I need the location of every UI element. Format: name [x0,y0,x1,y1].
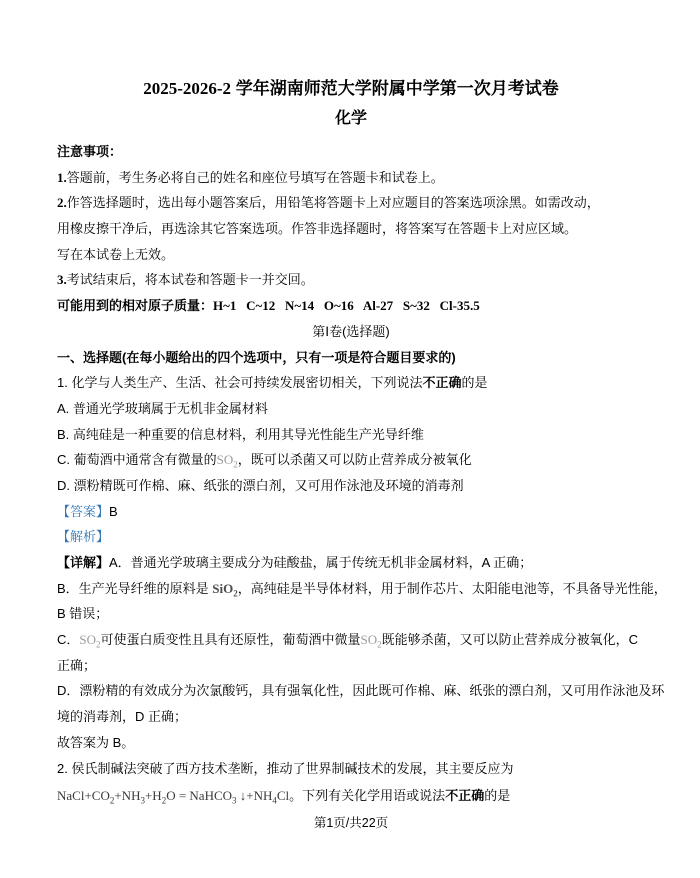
q1-detail-c-cont: 正确； [57,653,645,679]
exam-body: 注意事项： 1.答题前，考生务必将自己的姓名和座位号填写在答题卡和试卷上。 2.… [57,139,645,836]
q1-option-c: C. 葡萄酒中通常含有微量的SO2，既可以杀菌又可以防止营养成分被氧化 [57,447,645,473]
atomic-masses-line: 可能用到的相对原子质量：H~1 C~12 N~14 O~16 Al-27 S~3… [57,293,645,319]
q1-detail-c-text-3: 既能够杀菌，又可以防止营养成分被氧化，C [382,632,638,647]
q1-option-c-tail: ，既可以杀菌又可以防止营养成分被氧化 [238,452,472,467]
q1-option-c-text: C. 葡萄酒中通常含有微量的 [57,452,217,467]
notice-item-1: 1.答题前，考生务必将自己的姓名和座位号填写在答题卡和试卷上。 [57,165,645,191]
q1-detail-b-tail: ，高纯硅是半导体材料，用于制作芯片、太阳能电池等，不具备导光性能， [238,581,667,596]
exam-title-year: 2025-2026-2 [143,79,231,98]
q1-option-d: D. 漂粉精既可作棉、麻、纸张的漂白剂，又可用作泳池及环境的消毒剂 [57,473,645,499]
notice-item-2-number: 2. [57,195,67,210]
q1-detail-b: B．生产光导纤维的原料是 SiO2，高纯硅是半导体材料，用于制作芯片、太阳能电池… [57,576,645,602]
atomic-masses-values: H~1 C~12 N~14 O~16 Al-27 S~32 Cl-35.5 [213,298,480,313]
houshi-process-equation: NaCl+CO2+NH3+H2O = NaHCO3 ↓+NH4Cl [57,788,289,803]
q1-answer-line: 【答案】B [57,499,645,525]
q1-stem-tail: 的是 [461,375,487,390]
volume-heading: 第Ⅰ卷(选择题) [57,319,645,345]
q1-detail-c: C．SO2可使蛋白质变性且具有还原性，葡萄酒中微量SO2既能够杀菌，又可以防止营… [57,627,645,653]
answer-value: B [109,504,118,519]
q1-detail-a: 【详解】A．普通光学玻璃主要成分为硅酸盐，属于传统无机非金属材料，A 正确； [57,550,645,576]
q1-detail-d-cont: 境的消毒剂，D 正确； [57,704,645,730]
notice-item-2-line-1: 2.作答选择题时，选出每小题答案后，用铅笔将答题卡上对应题目的答案选项涂黑。如需… [57,190,645,216]
q2-equation-line: NaCl+CO2+NH3+H2O = NaHCO3 ↓+NH4Cl。下列有关化学… [57,781,645,811]
section-heading: 一、选择题(在每小题给出的四个选项中，只有一项是符合题目要求的) [57,345,645,371]
q1-stem-emphasis: 不正确 [422,375,461,390]
q1-detail-c-text-1: C． [57,632,79,647]
so2-formula: SO2 [217,452,238,467]
q1-detail-a-text: A．普通光学玻璃主要成分为硅酸盐，属于传统无机非金属材料，A 正确； [109,555,532,570]
exam-subject: 化学 [57,108,645,130]
q1-detail-c-text-2: 可使蛋白质变性且具有还原性，葡萄酒中微量 [101,632,361,647]
page-content: 2025-2026-2 学年湖南师范大学附属中学第一次月考试卷 化学 注意事项：… [0,0,700,836]
q1-option-b: B. 高纯硅是一种重要的信息材料，利用其导光性能生产光导纤维 [57,422,645,448]
q1-option-a: A. 普通光学玻璃属于无机非金属材料 [57,396,645,422]
exam-title-text: 学年湖南师范大学附属中学第一次月考试卷 [231,79,559,98]
answer-label: 【答案】 [57,504,109,519]
notice-item-2-line-3: 写在本试卷上无效。 [57,242,645,268]
q2-stem: 2. 侯氏制碱法突破了西方技术垄断，推动了世界制碱技术的发展，其主要反应为 [57,756,645,782]
notice-item-2-text-1: 作答选择题时，选出每小题答案后，用铅笔将答题卡上对应题目的答案选项涂黑。如需改动… [67,195,600,210]
q1-detail-b-cont: B 错误； [57,601,645,627]
notice-item-3-number: 3. [57,272,67,287]
page-footer: 第1页/共22页 [57,811,645,836]
q1-conclusion: 故答案为 B。 [57,730,645,756]
so2-formula: SO2 [79,632,100,647]
q1-detail-b-text: B．生产光导纤维的原料是 [57,581,212,596]
notice-item-2-line-2: 用橡皮擦干净后，再选涂其它答案选项。作答非选择题时，将答案写在答题卡上对应区域。 [57,216,645,242]
sio2-formula: SiO2 [212,581,237,596]
exam-paper-page: 2025-2026-2 学年湖南师范大学附属中学第一次月考试卷 化学 注意事项：… [0,0,700,878]
analysis-label: 【解析】 [57,529,109,544]
q1-stem: 1. 化学与人类生产、生活、社会可持续发展密切相关，下列说法不正确的是 [57,370,645,396]
notice-item-1-number: 1. [57,170,67,185]
q2-stem-emphasis: 不正确 [445,788,484,803]
so2-formula: SO2 [361,632,382,647]
q1-analysis-line: 【解析】 [57,524,645,550]
q2-stem-end: 的是 [484,788,510,803]
notice-item-3-text: 考试结束后，将本试卷和答题卡一并交回。 [67,272,314,287]
notice-heading: 注意事项： [57,139,645,165]
q1-stem-text: 1. 化学与人类生产、生活、社会可持续发展密切相关，下列说法 [57,375,422,390]
notice-item-3: 3.考试结束后，将本试卷和答题卡一并交回。 [57,267,645,293]
q2-stem-tail: 。下列有关化学用语或说法 [289,788,445,803]
exam-title: 2025-2026-2 学年湖南师范大学附属中学第一次月考试卷 [57,78,645,100]
atomic-masses-label: 可能用到的相对原子质量： [57,298,213,313]
q1-detail-d: D．漂粉精的有效成分为次氯酸钙，具有强氧化性，因此既可作棉、麻、纸张的漂白剂，又… [57,678,645,704]
detail-label: 【详解】 [57,555,109,570]
notice-item-1-text: 答题前，考生务必将自己的姓名和座位号填写在答题卡和试卷上。 [67,170,444,185]
